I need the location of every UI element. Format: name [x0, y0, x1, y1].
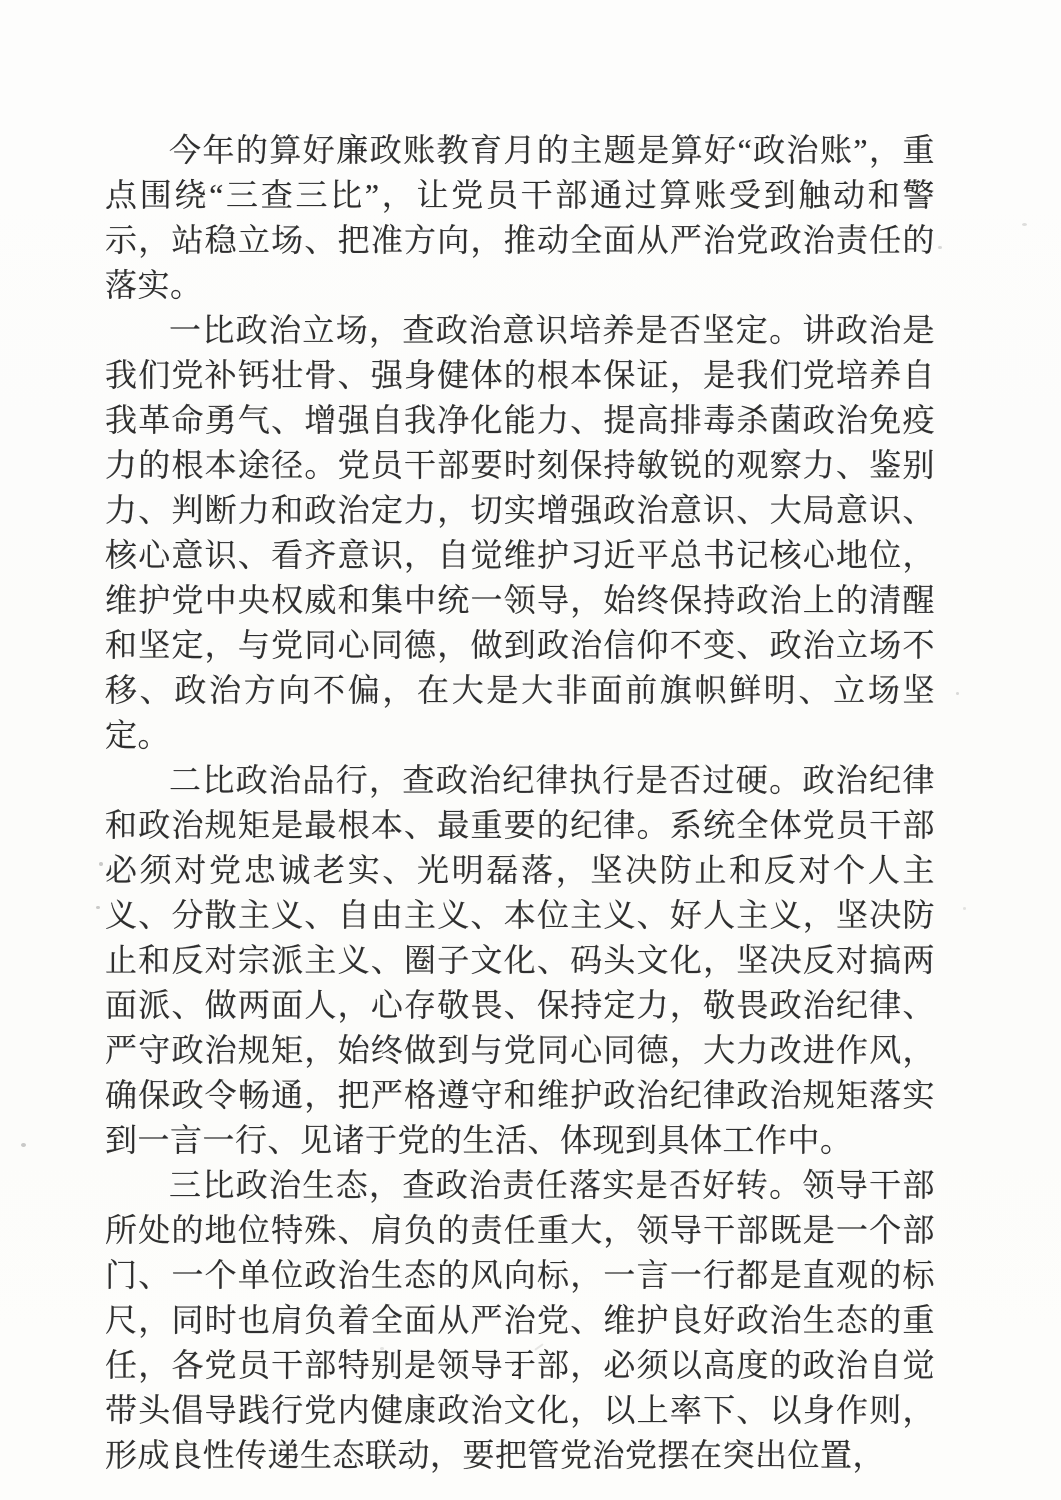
scan-speck — [1022, 223, 1027, 226]
paragraph-intro: 今年的算好廉政账教育月的主题是算好“政治账”，重点围绕“三查三比”，让党员干部通… — [105, 128, 935, 308]
scan-speck — [99, 862, 103, 866]
paragraph-political-stance: 一比政治立场，查政治意识培养是否坚定。讲政治是我们党补钙壮骨、强身健体的根本保证… — [105, 308, 935, 758]
scan-speck — [938, 246, 942, 249]
paragraph-political-conduct: 二比政治品行，查政治纪律执行是否过硬。政治纪律和政治规矩是最根本、最重要的纪律。… — [105, 758, 935, 1163]
scan-speck — [956, 692, 959, 695]
scan-speck — [963, 907, 966, 910]
paragraph-political-ecology: 三比政治生态，查政治责任落实是否好转。领导干部所处的地位特殊、肩负的责任重大，领… — [105, 1163, 935, 1478]
page-number: 2 — [0, 1356, 1047, 1382]
scan-speck — [21, 1143, 26, 1147]
document-body: 今年的算好廉政账教育月的主题是算好“政治账”，重点围绕“三查三比”，让党员干部通… — [105, 128, 935, 1478]
scan-speck — [96, 906, 100, 909]
scan-speck — [380, 1347, 384, 1350]
document-page: 今年的算好廉政账教育月的主题是算好“政治账”，重点围绕“三查三比”，让党员干部通… — [0, 0, 1061, 1500]
